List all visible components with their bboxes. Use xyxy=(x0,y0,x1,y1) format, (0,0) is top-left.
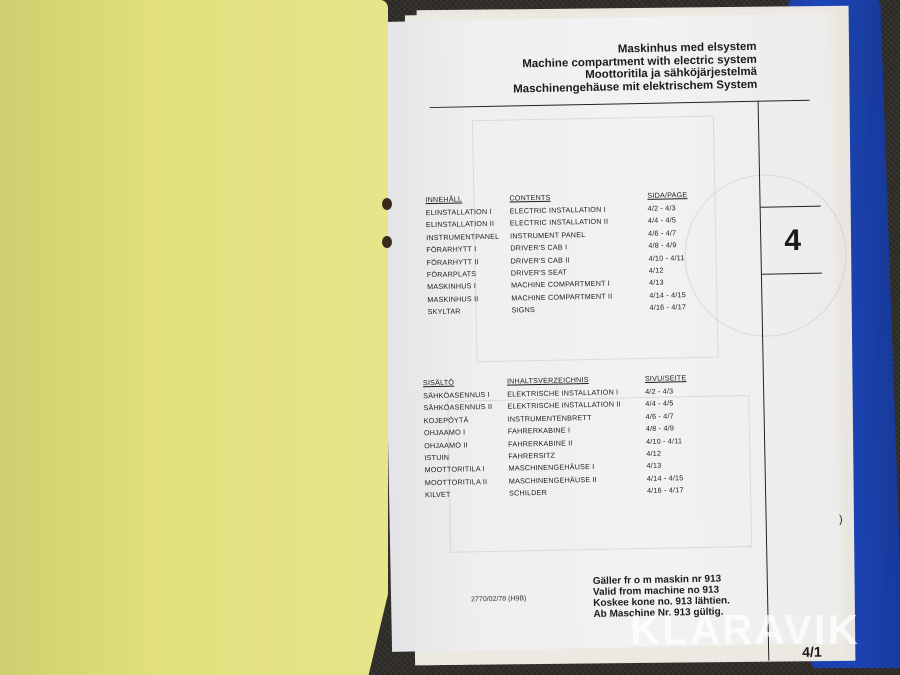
toc-entry-page: 4/10 - 4/11 xyxy=(648,253,688,266)
title-rule xyxy=(430,100,810,108)
toc-entry-page: 4/13 xyxy=(646,461,688,474)
toc-entry-page: 4/16 - 4/17 xyxy=(647,485,689,498)
toc-header-page: SIVU/SEITE xyxy=(645,373,687,383)
page-title: Maskinhus med elsystem Machine compartme… xyxy=(512,41,757,96)
toc-entry-page: 4/16 - 4/17 xyxy=(649,302,689,315)
toc-entry-german: SCHILDER xyxy=(509,487,623,502)
toc-entry-page: 4/14 - 4/15 xyxy=(647,473,689,486)
yellow-divider-page xyxy=(0,0,388,675)
punch-hole xyxy=(382,198,392,210)
toc-entry-english: SIGNS xyxy=(511,304,612,318)
toc-entry-page: 4/10 - 4/11 xyxy=(646,436,688,449)
toc-entry-page: 4/12 xyxy=(646,448,688,461)
toc-entry-page: 4/4 - 4/5 xyxy=(648,216,688,229)
section-tab-number: 4 xyxy=(784,224,801,258)
toc-entry-page: 4/2 - 4/3 xyxy=(645,386,687,399)
toc-entry-page: 4/2 - 4/3 xyxy=(648,203,688,216)
punch-hole xyxy=(382,236,392,248)
toc-entry-page: 4/4 - 4/5 xyxy=(645,399,687,412)
toc-entry-finnish: KILVET xyxy=(425,489,494,503)
toc-entry-page: 4/12 xyxy=(649,265,689,278)
toc-entry-page: 4/14 - 4/15 xyxy=(649,290,689,303)
toc-entry-page: 4/8 - 4/9 xyxy=(648,240,688,253)
toc-entry-page: 4/8 - 4/9 xyxy=(646,423,688,436)
toc-entry-page: 4/13 xyxy=(649,277,689,290)
document-code: 2770/02/78 (H9B) xyxy=(471,595,526,603)
contents-page: Maskinhus med elsystem Machine compartme… xyxy=(380,13,842,652)
toc-header-english: CONTENTS xyxy=(509,192,610,203)
toc-header-page: SIDA/PAGE xyxy=(647,190,687,200)
toc-header-swedish: INNEHÅLL xyxy=(425,194,498,204)
toc-header-finnish: SISÄLTÖ xyxy=(423,377,492,387)
toc-entry-page: 4/6 - 4/7 xyxy=(648,228,688,241)
watermark: KLARAVIK xyxy=(630,606,860,654)
toc-entry-page: 4/6 - 4/7 xyxy=(646,411,688,424)
toc-header-german: INHALTSVERZEICHNIS xyxy=(507,374,621,385)
toc-entry-swedish: SKYLTAR xyxy=(427,306,500,320)
